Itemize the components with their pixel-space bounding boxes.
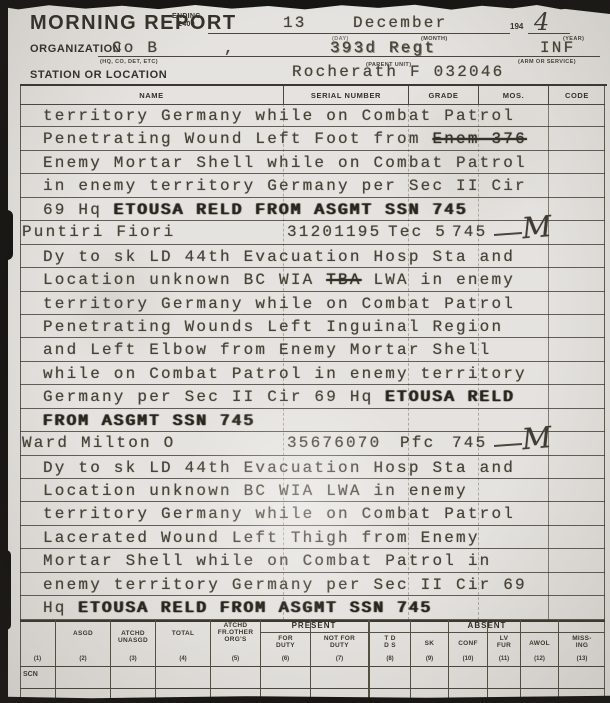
entry-name: Ward Milton O bbox=[22, 431, 175, 456]
report-line: Mortar Shell while on Combat Patrol in bbox=[20, 549, 605, 572]
summary-col-num: (2) bbox=[56, 656, 110, 662]
line-text: 69 Hq bbox=[43, 201, 114, 219]
col-header-mos: MOS. bbox=[478, 86, 548, 104]
line-text: Penetrating Wound Left Foot from bbox=[43, 130, 432, 148]
report-line: Penetrating Wound Left Foot from Enem 37… bbox=[20, 127, 605, 150]
summary-col-num: (9) bbox=[411, 656, 448, 662]
summary-col-7: NOT FOR DUTY (7) bbox=[310, 620, 368, 703]
summary-col-num: (3) bbox=[111, 656, 155, 662]
summary-col-num: (7) bbox=[311, 656, 368, 662]
summary-col-num: (10) bbox=[449, 656, 487, 662]
overstruck-text: ETOUSA RELD FROM ASGMT SSN 745 bbox=[78, 599, 432, 617]
col-header-name: NAME bbox=[20, 86, 283, 104]
summary-col-label: NOT FOR DUTY bbox=[311, 635, 368, 649]
summary-col-label: LV FUR bbox=[488, 635, 520, 649]
entry-serial: 31201195 bbox=[287, 220, 381, 245]
line-text: Dy to sk LD 44th Evacuation Hosp Sta and bbox=[43, 459, 515, 477]
summary-col-10: CONF (10) bbox=[448, 620, 487, 703]
line-text: Germany per Sec II Cir 69 Hq bbox=[43, 388, 385, 406]
report-line: territory Germany while on Combat Patrol bbox=[20, 502, 605, 525]
line-text: Mortar Shell while on Combat Patrol in bbox=[43, 552, 491, 570]
line-text: enemy territory Germany per Sec II Cir 6… bbox=[43, 576, 527, 594]
overstruck-text: FROM ASGMT SSN 745 bbox=[43, 412, 255, 430]
entry-mos: 745 bbox=[452, 431, 487, 456]
line-text: Penetrating Wounds Left Inguinal Region bbox=[43, 318, 503, 336]
summary-col-13: MISS- ING (13) bbox=[558, 620, 605, 703]
report-entry-row: Puntiri Fiori 31201195 Tec 5 745 M bbox=[20, 221, 605, 244]
summary-col-num: (11) bbox=[488, 656, 520, 662]
station-label: STATION OR LOCATION bbox=[30, 69, 167, 81]
report-line: territory Germany while on Combat Patrol bbox=[20, 292, 605, 315]
entry-grade: Pfc bbox=[400, 431, 435, 456]
summary-col-12: AWOL (12) bbox=[520, 620, 558, 703]
summary-col-num: (1) bbox=[20, 656, 55, 662]
summary-col-num: (12) bbox=[521, 656, 558, 662]
year-handwritten: 4 bbox=[534, 8, 549, 36]
entry-code-handwritten: M bbox=[521, 425, 555, 452]
line-text: Location unknown BC WIA bbox=[43, 271, 326, 289]
report-line: Location unknown BC WIA LWA in enemy bbox=[20, 479, 605, 502]
report-line: 69 Hq ETOUSA RELD FROM ASGMT SSN 745 bbox=[20, 198, 605, 221]
line-text: Dy to sk LD 44th Evacuation Hosp Sta and bbox=[43, 248, 515, 266]
parent-unit-value: 393d Regt bbox=[330, 39, 436, 57]
summary-col-num: (13) bbox=[559, 656, 605, 662]
report-line: Penetrating Wounds Left Inguinal Region bbox=[20, 315, 605, 338]
report-line: Lacerated Wound Left Thigh from Enemy bbox=[20, 526, 605, 549]
scan-edge-left-bump bbox=[0, 550, 11, 630]
report-line: Germany per Sec II Cir 69 Hq ETOUSA RELD bbox=[20, 385, 605, 408]
ending-value: 2400 bbox=[178, 21, 195, 28]
year-printed-prefix: 194 bbox=[510, 22, 523, 31]
entry-grade: Tec 5 bbox=[388, 220, 447, 245]
organization-comma: , bbox=[224, 39, 236, 57]
line-text: Hq bbox=[43, 599, 78, 617]
struck-text: Enem 376 bbox=[432, 130, 526, 148]
line-text: Location unknown BC WIA LWA in enemy bbox=[43, 482, 468, 500]
line-text: territory Germany while on Combat Patrol bbox=[43, 295, 515, 313]
summary-col-1: (1) SCN bbox=[20, 620, 55, 703]
summary-col-label: ATCHD UNASGD bbox=[111, 630, 155, 644]
report-line: Location unknown BC WIA TBA LWA in enemy bbox=[20, 268, 605, 291]
line-text: in enemy territory Germany per Sec II Ci… bbox=[43, 177, 527, 195]
summary-col-label: FOR DUTY bbox=[261, 635, 310, 649]
morning-report-scan: MORNING REPORT ENDING 2400 13 December 1… bbox=[0, 0, 610, 703]
organization-sublabel: (HQ, CO, DET, ETC) bbox=[100, 59, 158, 65]
col-header-serial: SERIAL NUMBER bbox=[283, 86, 408, 104]
report-line: Enemy Mortar Shell while on Combat Patro… bbox=[20, 151, 605, 174]
report-line: in enemy territory Germany per Sec II Ci… bbox=[20, 174, 605, 197]
report-line: enemy territory Germany per Sec II Cir 6… bbox=[20, 573, 605, 596]
summary-col-label: T D D S bbox=[370, 635, 410, 649]
report-body: territory Germany while on Combat Patrol… bbox=[20, 104, 605, 620]
station-value: Rocherath F 032046 bbox=[292, 63, 504, 81]
report-entry-row: Ward Milton O 35676070 Pfc 745 M bbox=[20, 432, 605, 455]
ending-label: ENDING bbox=[172, 13, 201, 20]
summary-col-6: FOR DUTY (6) bbox=[260, 620, 310, 703]
date-month-value: December bbox=[353, 14, 447, 32]
col-header-grade: GRADE bbox=[408, 86, 478, 104]
summary-col-5: ATCHD FR.OTHER ORG'S (5) bbox=[210, 620, 260, 703]
scan-edge-top bbox=[0, 0, 610, 12]
col-header-code: CODE bbox=[548, 86, 605, 104]
line-text: territory Germany while on Combat Patrol bbox=[43, 505, 515, 523]
summary-col-2: ASGD (2) bbox=[55, 620, 110, 703]
report-line: and Left Elbow from Enemy Mortar Shell bbox=[20, 338, 605, 361]
line-text: LWA in enemy bbox=[362, 271, 515, 289]
summary-col-label: ATCHD FR.OTHER ORG'S bbox=[211, 622, 260, 643]
report-line: FROM ASGMT SSN 745 bbox=[20, 409, 605, 432]
summary-col-num: (8) bbox=[370, 656, 410, 662]
overstruck-text: ETOUSA RELD FROM ASGMT SSN 745 bbox=[114, 201, 468, 219]
summary-col-11: LV FUR (11) bbox=[487, 620, 520, 703]
summary-col-4: TOTAL (4) bbox=[155, 620, 210, 703]
scan-edge-left-bump bbox=[0, 210, 13, 260]
report-line: Dy to sk LD 44th Evacuation Hosp Sta and bbox=[20, 456, 605, 479]
line-text: and Left Elbow from Enemy Mortar Shell bbox=[43, 341, 491, 359]
summary-col-label: ASGD bbox=[56, 630, 110, 637]
entry-name: Puntiri Fiori bbox=[22, 220, 175, 245]
report-line: Dy to sk LD 44th Evacuation Hosp Sta and bbox=[20, 245, 605, 268]
summary-col-label: AWOL bbox=[521, 640, 558, 647]
entry-code-handwritten: M bbox=[521, 214, 555, 241]
summary-col-num: (6) bbox=[261, 656, 310, 662]
summary-col-label: MISS- ING bbox=[559, 635, 605, 649]
overstruck-text: ETOUSA RELD bbox=[385, 388, 515, 406]
report-line: while on Combat Patrol in enemy territor… bbox=[20, 362, 605, 385]
ending-2400-label: ENDING 2400 bbox=[172, 13, 201, 28]
page-title: MORNING REPORT bbox=[30, 12, 237, 35]
line-text: while on Combat Patrol in enemy territor… bbox=[43, 365, 527, 383]
summary-col-label: TOTAL bbox=[156, 630, 210, 637]
pen-dash bbox=[494, 443, 522, 447]
line-text: territory Germany while on Combat Patrol bbox=[43, 107, 515, 125]
report-line: Hq ETOUSA RELD FROM ASGMT SSN 745 bbox=[20, 596, 605, 619]
arm-service-value: INF bbox=[540, 39, 575, 57]
date-day-value: 13 bbox=[283, 14, 307, 32]
entry-serial: 35676070 bbox=[287, 431, 381, 456]
summary-col-label: CONF bbox=[449, 640, 487, 647]
summary-col-8: T D D S (8) bbox=[368, 620, 410, 703]
summary-col-9: SK (9) bbox=[410, 620, 448, 703]
line-text: Enemy Mortar Shell while on Combat Patro… bbox=[43, 154, 527, 172]
pen-dash bbox=[494, 232, 522, 236]
report-line: territory Germany while on Combat Patrol bbox=[20, 104, 605, 127]
summary-col-3: ATCHD UNASGD (3) bbox=[110, 620, 155, 703]
line-text: Lacerated Wound Left Thigh from Enemy bbox=[43, 529, 480, 547]
organization-value: Co B bbox=[112, 39, 159, 57]
summary-col-label: SK bbox=[411, 640, 448, 647]
struck-text: TBA bbox=[326, 271, 361, 289]
entry-mos: 745 bbox=[452, 220, 487, 245]
arm-service-label: (ARM OR SERVICE) bbox=[518, 59, 576, 65]
summary-row-label: SCN bbox=[23, 671, 38, 678]
summary-col-num: (4) bbox=[156, 656, 210, 662]
organization-label: ORGANIZATION bbox=[30, 43, 121, 55]
summary-col-num: (5) bbox=[211, 656, 260, 662]
